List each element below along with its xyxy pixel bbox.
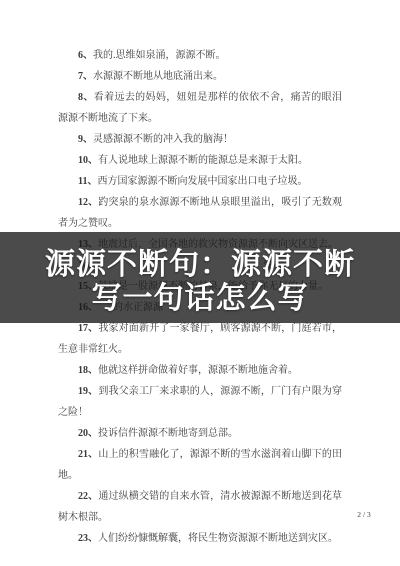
item-number: 11、 bbox=[78, 176, 97, 187]
item-number: 20、 bbox=[78, 428, 98, 439]
item-number: 6、 bbox=[78, 50, 93, 61]
item-text: 灵感源源不断的冲入我的脑海！ bbox=[93, 134, 233, 145]
item-text: 他就这样拼命做着好事，源源不断地施舍着。 bbox=[98, 365, 298, 376]
document-page: 6、我的.思维如泉涌，源源不断。7、水源源不断地从地底涌出来。8、看着远去的妈妈… bbox=[0, 0, 400, 566]
overlay-title-line1: 源源不断句：源源不断 bbox=[45, 248, 355, 282]
page-indicator: 2/3 bbox=[348, 510, 382, 519]
item-text: 我的.思维如泉涌，源源不断。 bbox=[93, 50, 226, 61]
list-item: 23、人们纷纷慷慨解囊，将民生物资源源不断地送到灾区。 bbox=[58, 528, 342, 549]
item-text: 西方国家源源不断向发展中国家出口电子垃圾。 bbox=[97, 176, 307, 187]
item-number: 7、 bbox=[78, 71, 93, 82]
list-item: 18、他就这样拼命做着好事，源源不断地施舍着。 bbox=[58, 360, 342, 381]
list-item: 19、到我父亲工厂来求职的人，源源不断，厂门有户限为穿之险！ bbox=[58, 381, 342, 423]
list-item: 20、投诉信件源源不断地寄到总部。 bbox=[58, 423, 342, 444]
item-number: 8、 bbox=[78, 92, 94, 103]
item-text: 通过纵横交错的自来水管，清水被源源不断地送到花草树木根部。 bbox=[58, 491, 342, 523]
item-number: 19、 bbox=[78, 386, 98, 397]
list-item: 8、看着远去的妈妈，妞妞是那样的依依不舍，痛苦的眼泪源源不断地流了下来。 bbox=[58, 87, 342, 129]
item-text: 水源源不断地从地底涌出来。 bbox=[93, 71, 223, 82]
item-number: 21、 bbox=[78, 449, 98, 460]
list-item: 10、有人说地球上源源不断的能源总是来源于太阳。 bbox=[58, 150, 342, 171]
list-item: 17、我家对面新开了一家餐厅，顾客源源不断，门庭若市，生意非常红火。 bbox=[58, 318, 342, 360]
list-item: 7、水源源不断地从地底涌出来。 bbox=[58, 66, 342, 87]
title-overlay: 源源不断句：源源不断 写一句话怎么写 bbox=[0, 232, 400, 323]
item-text: 我家对面新开了一家餐厅，顾客源源不断，门庭若市，生意非常红火。 bbox=[58, 323, 342, 355]
item-number: 12、 bbox=[78, 197, 98, 208]
item-text: 趵突泉的泉水源源不断地从泉眼里溢出，吸引了无数观者为之赞叹。 bbox=[58, 197, 342, 229]
list-item: 9、灵感源源不断的冲入我的脑海！ bbox=[58, 129, 342, 150]
item-text: 到我父亲工厂来求职的人，源源不断，厂门有户限为穿之险！ bbox=[58, 386, 342, 418]
item-text: 山上的积雪融化了，源源不断的雪水滋润着山脚下的田地。 bbox=[58, 449, 342, 481]
item-text: 有人说地球上源源不断的能源总是来源于太阳。 bbox=[98, 155, 308, 166]
item-text: 人们纷纷慷慨解囊，将民生物资源源不断地送到灾区。 bbox=[98, 533, 338, 544]
item-text: 看着远去的妈妈，妞妞是那样的依依不舍，痛苦的眼泪源源不断地流了下来。 bbox=[58, 92, 342, 124]
item-text: 投诉信件源源不断地寄到总部。 bbox=[98, 428, 238, 439]
list-item: 11、西方国家源源不断向发展中国家出口电子垃圾。 bbox=[58, 171, 342, 192]
overlay-title-line2: 写一句话怎么写 bbox=[92, 282, 309, 316]
item-number: 23、 bbox=[78, 533, 98, 544]
item-number: 10、 bbox=[78, 155, 98, 166]
item-number: 18、 bbox=[78, 365, 98, 376]
item-number: 17、 bbox=[78, 323, 98, 334]
item-number: 22、 bbox=[78, 491, 98, 502]
list-item: 6、我的.思维如泉涌，源源不断。 bbox=[58, 45, 342, 66]
list-item: 21、山上的积雪融化了，源源不断的雪水滋润着山脚下的田地。 bbox=[58, 444, 342, 486]
item-number: 9、 bbox=[78, 134, 93, 145]
list-item: 12、趵突泉的泉水源源不断地从泉眼里溢出，吸引了无数观者为之赞叹。 bbox=[58, 192, 342, 234]
list-item: 22、通过纵横交错的自来水管，清水被源源不断地送到花草树木根部。 bbox=[58, 486, 342, 528]
